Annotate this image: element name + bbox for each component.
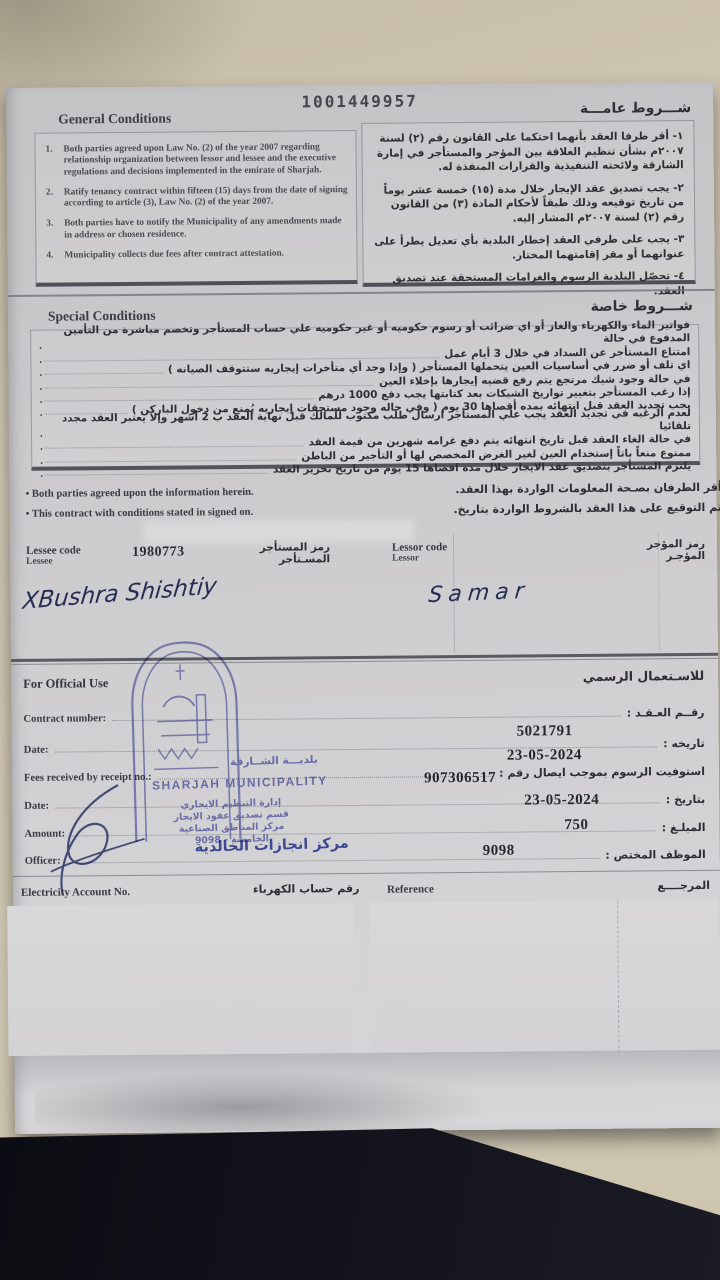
sharjah-municipality-stamp: بلديـــة الشــارقة SHARJAH MUNICIPALITY … [108,632,377,865]
agreement-row: • Both parties agreed upon the informati… [25,481,720,500]
general-condition-item-en: 4. Municipality collects due fees after … [46,248,348,262]
dotted-leader-line [44,388,313,401]
fees-date-value: 23-05-2024 [507,747,582,765]
dotted-leader-line [44,338,45,348]
agreement-statements: • Both parties agreed upon the informati… [9,481,716,527]
lessee-code-label: Lessee code Lessee [26,545,81,566]
dotted-leader-line [45,449,296,462]
dotted-leader-line [44,363,163,375]
stamp-municipality-name-ar: بلديـــة الشــارقة [230,754,318,769]
reference-label-ar: المرجــــع [657,879,710,892]
lessor-label-ar: رمز المؤجر المؤجـر [625,538,705,563]
bullet-dot-icon: . [39,341,42,351]
general-condition-item-en: 2. Ratify tenancy contract within fiftee… [46,185,348,210]
paper-smudge-shadow [35,1069,496,1133]
dotted-leader-line [45,424,46,435]
fold-dashed-line [617,901,619,1053]
bullet-dot-icon: . [40,381,43,391]
photo-of-tenancy-contract: 1001449957 General Conditions شـــروط عا… [0,0,720,1280]
dotted-leader-line [44,347,439,361]
bullet-dot-icon: . [39,368,42,378]
electricity-account-entry-box [7,903,354,1056]
electricity-account-label-ar: رقم حساب الكهرباء [253,882,360,896]
lessee-signature: XBushra Shishtiy [21,573,218,615]
officer-code-value: 9098 [483,843,515,860]
amount-value: 750 [564,817,588,834]
bullet-dot-icon: . [40,395,43,405]
bullet-dot-icon: . [40,442,43,452]
bullet-dot-icon: . [40,469,43,479]
general-condition-item-ar: ٣- يجب على طرفي العقد إخطار البلدية بأي … [371,232,684,264]
bullet-dot-icon: . [40,455,43,465]
general-condition-item-ar: ١- أقر طرفا العقد بأنهما احتكما على القا… [370,129,683,175]
dotted-leader-line [45,436,304,449]
contract-number-value: 5021791 [517,723,573,740]
reference-entry-box [369,900,719,1055]
electricity-account-label-en: Electricity Account No. [21,886,130,899]
bullet-dot-icon: . [40,428,43,438]
general-conditions-title-ar: شـــروط عامـــة [580,100,691,117]
dotted-leader-line [45,463,268,476]
dotted-leader-line [44,374,374,388]
bullet-dot-icon: . [40,408,43,418]
official-use-title-en: For Official Use [23,676,108,692]
date-value: 23-05-2024 [524,792,599,810]
correction-whiteout-strip [147,522,411,540]
special-conditions-title-en: Special Conditions [48,308,156,325]
lessor-code-label: Lessor code Lessor [392,542,447,563]
receipt-number-value: 907306517 [424,770,496,788]
general-conditions-title-en: General Conditions [58,111,171,128]
general-conditions-box-en: 1. Both parties agreed upon Law No. (2) … [34,130,357,287]
general-condition-item-en: 1. Both parties agreed upon Law No. (2) … [45,142,347,179]
general-condition-item-ar: ٤- تحصّل البلدية الرسوم والغرامات المستح… [372,269,685,301]
bullet-dot-icon: . [39,354,42,364]
lessee-label-ar: رمز المستأجر المسـتأجر [238,541,330,566]
special-conditions-title-ar: شـــروط خاصة [591,298,693,315]
general-conditions-box-ar: ١- أقر طرفا العقد بأنهما احتكما على القا… [361,120,695,287]
agreement-row: • This contract with conditions stated i… [26,501,720,520]
general-condition-item-en: 3. Both parties have to notify the Munic… [46,217,348,242]
lessee-code-value: 1980773 [132,544,185,560]
official-use-title-ar: للاسـتعمال الرسمي [583,668,704,684]
general-condition-item-ar: ٢- يجب تصديق عقد الإيجار خلال مدة (١٥) خ… [371,181,684,227]
reference-label-en: Reference [387,883,434,895]
special-conditions-box: . فواتير الماء والكهرباء والغاز أو اي ضر… [30,324,700,471]
contract-paper: 1001449957 General Conditions شـــروط عا… [6,82,720,1134]
lessor-signature: Samar [427,579,531,609]
officer-signature [46,779,147,898]
